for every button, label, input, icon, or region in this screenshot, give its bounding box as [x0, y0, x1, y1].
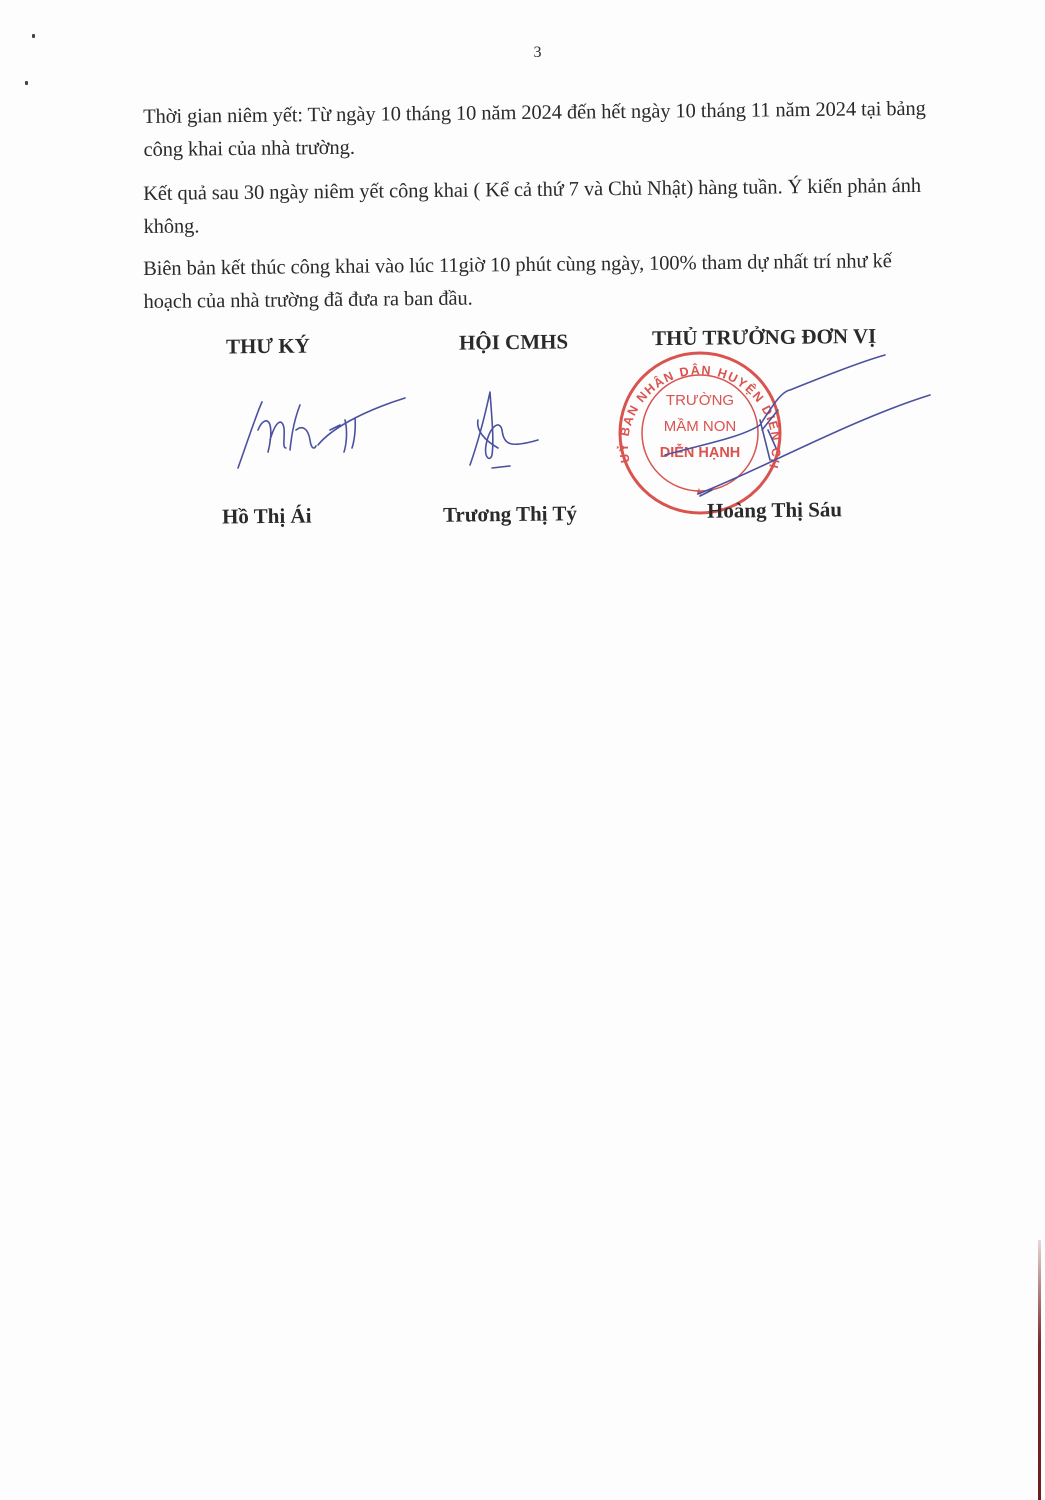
signature-title-parents-association: HỘI CMHS [459, 329, 568, 355]
signature-parents-association [470, 392, 538, 468]
signature-title-secretary: THƯ KÝ [226, 334, 310, 360]
stamp-line-1: TRƯỜNG [666, 392, 734, 409]
page-edge [1038, 1240, 1041, 1500]
scan-speck [25, 81, 28, 85]
signature-name-head-of-unit: Hoàng Thị Sáu [707, 497, 842, 523]
signature-name-parents-association: Trương Thị Tý [443, 501, 577, 527]
page-number: 3 [0, 44, 1045, 62]
signature-name-secretary: Hồ Thị Ái [222, 504, 312, 530]
svg-text:★: ★ [695, 487, 706, 498]
stamp-line-2: MẦM NON [664, 418, 737, 435]
paragraph-posting-period: Thời gian niêm yết: Từ ngày 10 tháng 10 … [143, 93, 944, 167]
paragraph-result: Kết quả sau 30 ngày niêm yết công khai (… [143, 170, 944, 244]
paragraph-conclusion: Biên bản kết thúc công khai vào lúc 11gi… [143, 245, 944, 319]
scan-speck [32, 34, 35, 38]
signature-secretary [238, 398, 405, 468]
stamp-line-3: DIỄN HẠNH [660, 444, 741, 461]
signature-head-of-unit [665, 355, 930, 496]
signature-title-head-of-unit: THỦ TRƯỞNG ĐƠN VỊ [652, 324, 876, 351]
